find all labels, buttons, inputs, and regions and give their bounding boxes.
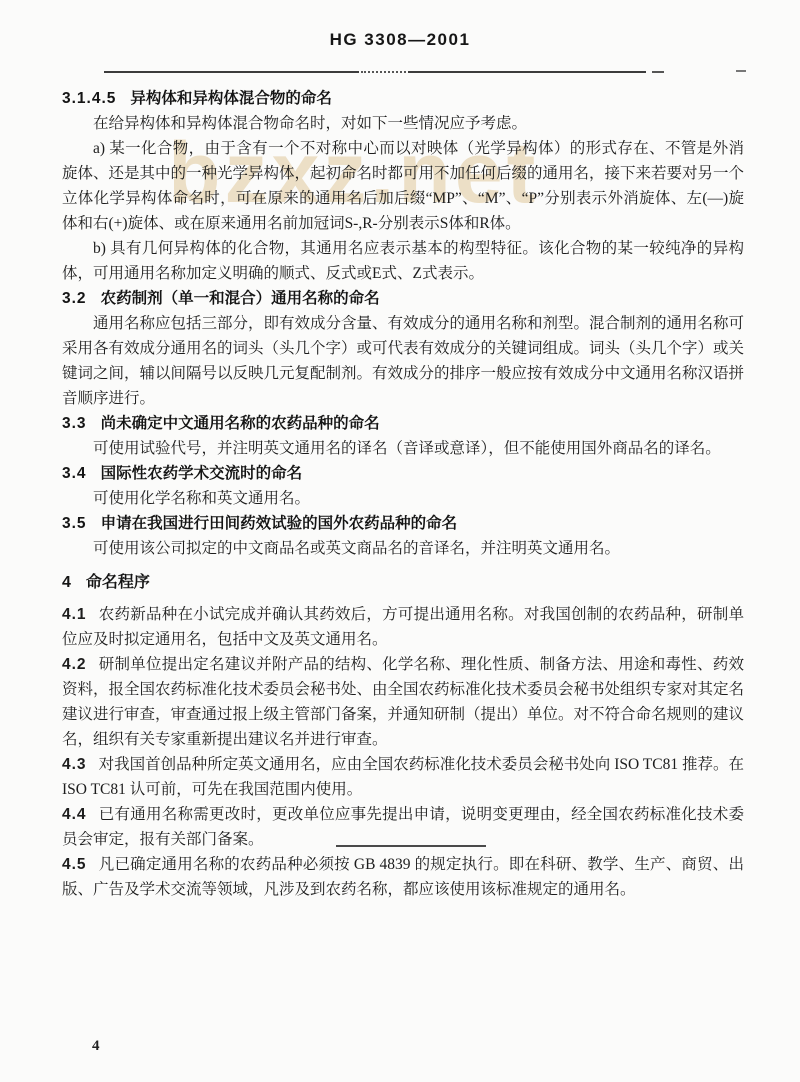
paragraph-text: a) 某一化合物，由于含有一个不对称中心而以对映体（光学异构体）的形式存在、不管… (62, 140, 744, 232)
paragraph-text: 农药新品种在小试完成并确认其药效后，方可提出通用名称。对我国创制的农药品种，研制… (62, 606, 744, 648)
paragraph-text: 研制单位提出定名建议并附产品的结构、化学名称、理化性质、制备方法、用途和毒性、药… (62, 656, 744, 748)
paragraph: 4.1农药新品种在小试完成并确认其药效后，方可提出通用名称。对我国创制的农药品种… (62, 602, 744, 652)
clause-number: 4.4 (62, 806, 87, 823)
section-heading: 3.3尚未确定中文通用名称的农药品种的命名 (62, 411, 744, 436)
section-number: 4 (62, 574, 72, 591)
paragraph-text: 对我国首创品种所定英文通用名，应由全国农药标准化技术委员会秘书处向 ISO TC… (62, 756, 744, 798)
paragraph-text: 可使用该公司拟定的中文商品名或英文商品名的音译名，并注明英文通用名。 (93, 540, 620, 557)
paragraph: 可使用该公司拟定的中文商品名或英文商品名的音译名，并注明英文通用名。 (62, 536, 744, 561)
section-title: 申请在我国进行田间药效试验的国外农药品种的命名 (101, 515, 458, 532)
section-title: 命名程序 (86, 574, 150, 591)
header-rule-segment (104, 71, 359, 73)
header-rule-segment (408, 71, 646, 73)
paragraph-text: b) 具有几何异构体的化合物，其通用名应表示基本的构型特征。该化合物的某一较纯净… (62, 240, 744, 282)
clause-number: 4.5 (62, 856, 87, 873)
paragraph: 4.2研制单位提出定名建议并附产品的结构、化学名称、理化性质、制备方法、用途和毒… (62, 652, 744, 752)
section-number: 3.2 (62, 290, 87, 307)
paragraph-text: 可使用试验代号，并注明英文通用名的译名（音译或意译），但不能使用国外商品名的译名… (93, 440, 721, 457)
scanned-standard-page: bzxz.net HG 3308—2001 3.1.4.5异构体和异构体混合物的… (0, 0, 800, 1082)
paragraph: 4.4已有通用名称需更改时，更改单位应事先提出申请，说明变更理由，经全国农药标准… (62, 802, 744, 852)
page-number: 4 (92, 1038, 100, 1055)
section-heading: 3.2农药制剂（单一和混合）通用名称的命名 (62, 286, 744, 311)
document-number: HG 3308—2001 (0, 30, 800, 50)
section-heading: 3.5申请在我国进行田间药效试验的国外农药品种的命名 (62, 511, 744, 536)
paragraph-text: 在给异构体和异构体混合物命名时，对如下一些情况应予考虑。 (93, 115, 527, 132)
paragraph-text: 可使用化学名称和英文通用名。 (93, 490, 310, 507)
chapter-heading: 4命名程序 (62, 570, 744, 595)
paragraph: 4.5凡已确定通用名称的农药品种必须按 GB 4839 的规定执行。即在科研、教… (62, 852, 744, 902)
section-number: 3.4 (62, 465, 87, 482)
paragraph-text: 凡已确定通用名称的农药品种必须按 GB 4839 的规定执行。即在科研、教学、生… (62, 856, 744, 898)
section-title: 异构体和异构体混合物的命名 (130, 90, 332, 107)
section-number: 3.5 (62, 515, 87, 532)
paragraph: b) 具有几何异构体的化合物，其通用名应表示基本的构型特征。该化合物的某一较纯净… (62, 236, 744, 286)
section-title: 尚未确定中文通用名称的农药品种的命名 (101, 415, 380, 432)
section-heading: 3.1.4.5异构体和异构体混合物的命名 (62, 86, 744, 111)
section-title: 农药制剂（单一和混合）通用名称的命名 (101, 290, 380, 307)
paragraph-text: 已有通用名称需更改时，更改单位应事先提出申请，说明变更理由，经全国农药标准化技术… (62, 806, 744, 848)
paragraph: 可使用化学名称和英文通用名。 (62, 486, 744, 511)
section-title: 国际性农药学术交流时的命名 (101, 465, 303, 482)
paragraph: 可使用试验代号，并注明英文通用名的译名（音译或意译），但不能使用国外商品名的译名… (62, 436, 744, 461)
paragraph: 4.3对我国首创品种所定英文通用名，应由全国农药标准化技术委员会秘书处向 ISO… (62, 752, 744, 802)
header-rule-dash (652, 71, 664, 73)
clause-number: 4.1 (62, 606, 87, 623)
header-rule (104, 70, 664, 73)
paragraph: 通用名称应包括三部分，即有效成分含量、有效成分的通用名称和剂型。混合制剂的通用名… (62, 311, 744, 411)
header-rule-right-tick (736, 70, 746, 72)
section-heading: 3.4国际性农药学术交流时的命名 (62, 461, 744, 486)
paragraph-text: 通用名称应包括三部分，即有效成分含量、有效成分的通用名称和剂型。混合制剂的通用名… (62, 315, 744, 407)
section-number: 3.3 (62, 415, 87, 432)
header-rule-dotted-segment (361, 71, 407, 73)
paragraph: 在给异构体和异构体混合物命名时，对如下一些情况应予考虑。 (62, 111, 744, 136)
paragraph: a) 某一化合物，由于含有一个不对称中心而以对映体（光学异构体）的形式存在、不管… (62, 136, 744, 236)
clause-number: 4.3 (62, 756, 87, 773)
clause-number: 4.2 (62, 656, 87, 673)
section-number: 3.1.4.5 (62, 90, 116, 107)
document-body: 3.1.4.5异构体和异构体混合物的命名在给异构体和异构体混合物命名时，对如下一… (62, 86, 744, 902)
